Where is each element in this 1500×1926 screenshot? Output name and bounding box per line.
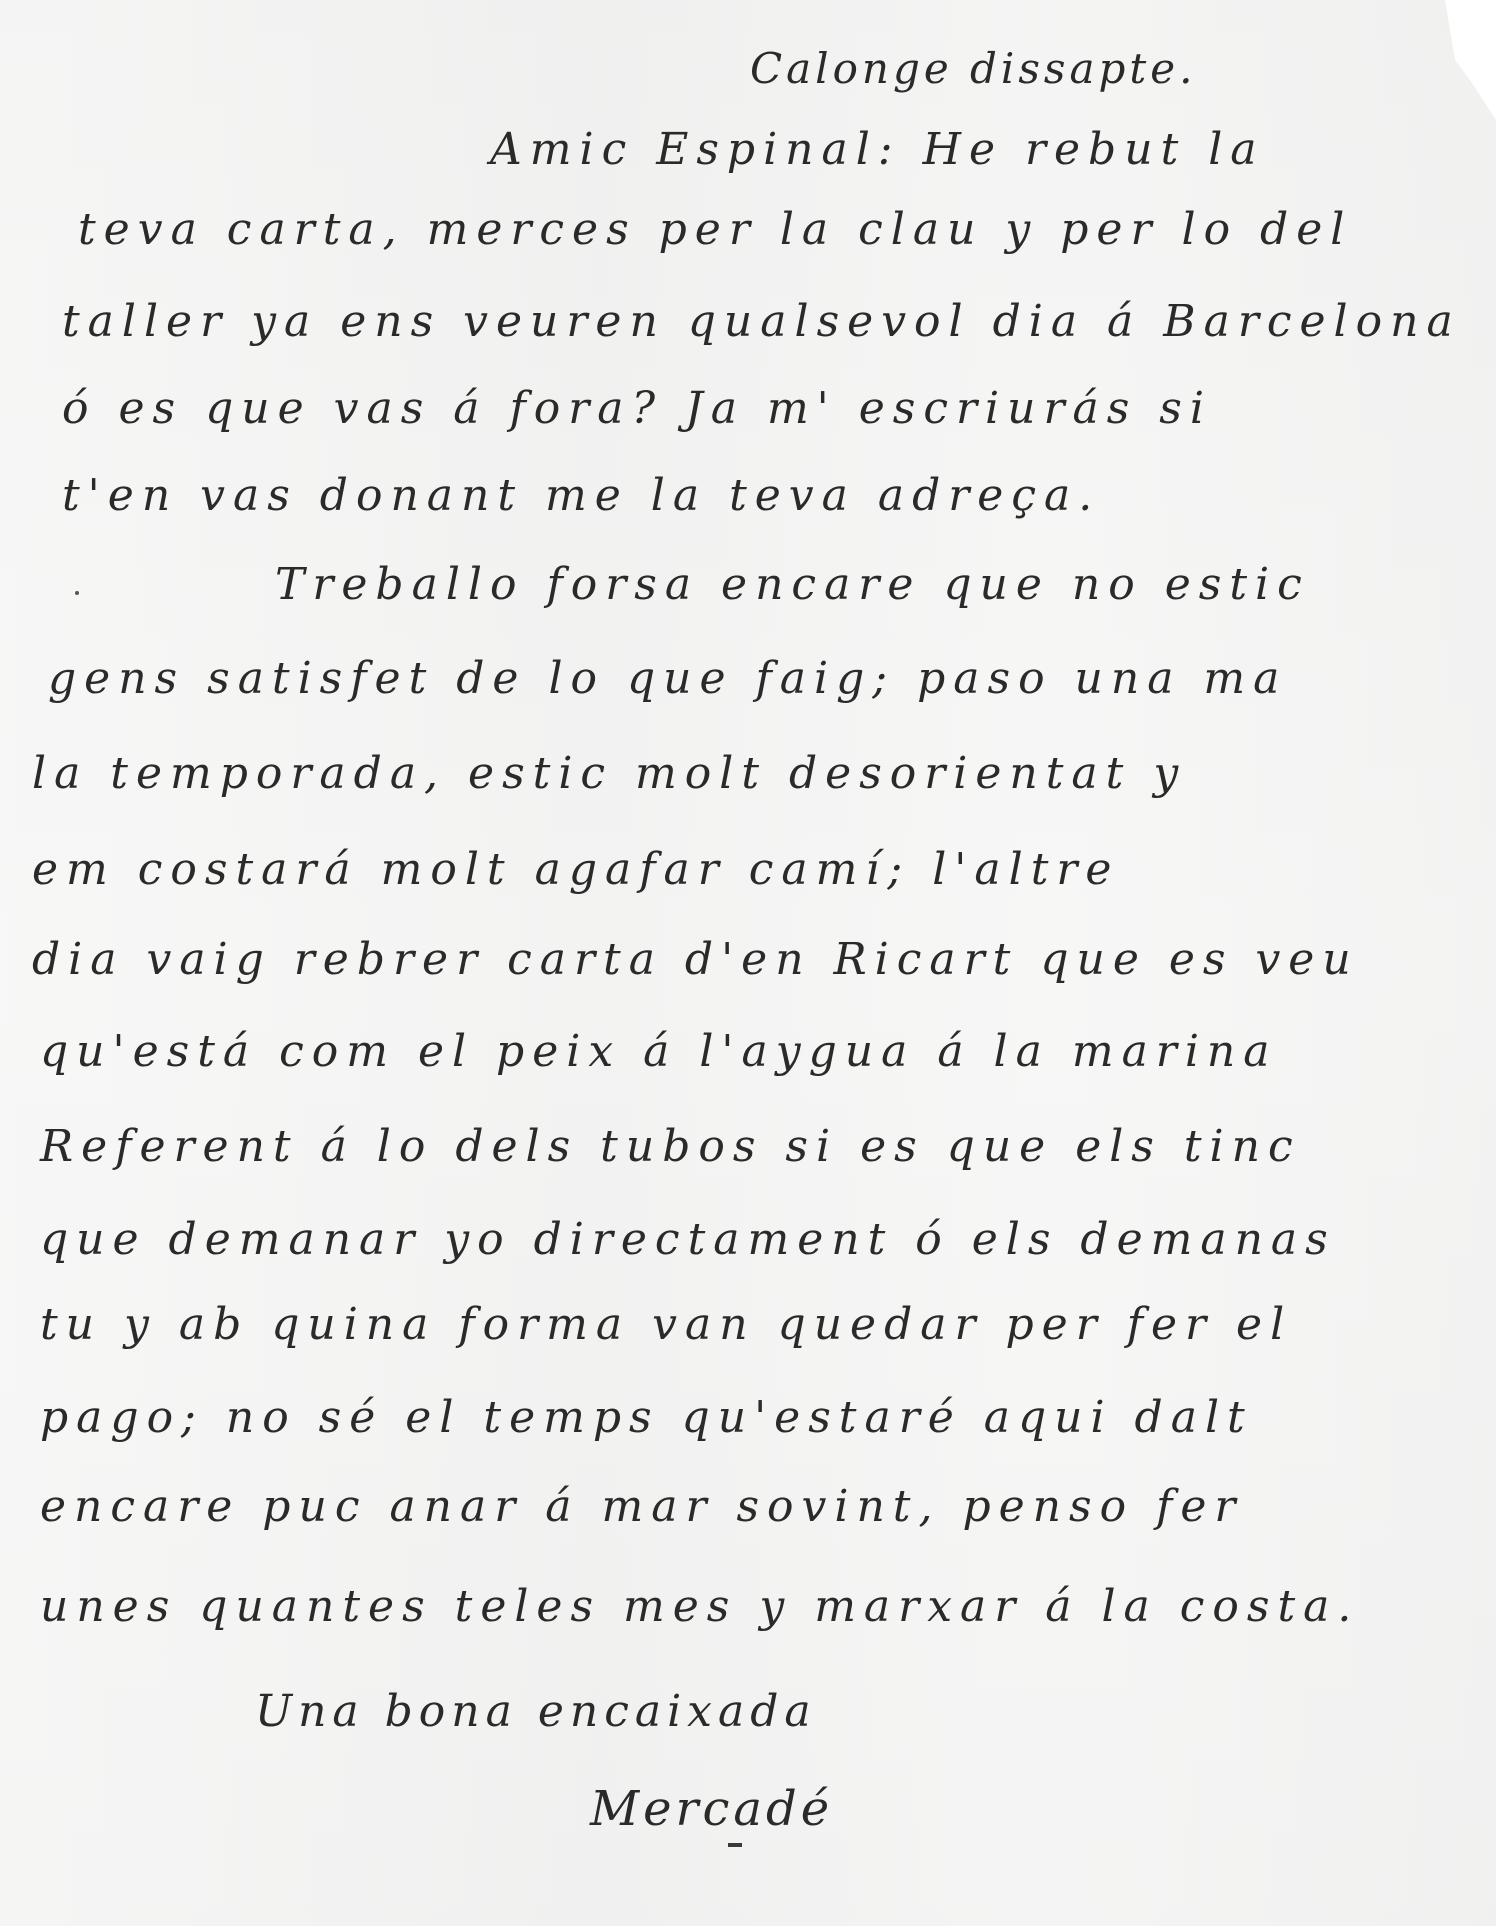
body-line: ó es que vas á fora? Ja m' escriurás si (62, 387, 1212, 431)
body-line: unes quantes teles mes y marxar á la cos… (40, 1585, 1359, 1629)
salutation: Amic Espinal: He rebut la (490, 128, 1265, 172)
body-line: gens satisfet de lo que faig; paso una m… (48, 657, 1287, 701)
body-line: em costará molt agafar camí; l'altre (32, 848, 1119, 892)
body-line: qu'está com el peix á l'aygua á la marin… (40, 1030, 1277, 1074)
body-line: pago; no sé el temps qu'estaré aqui dalt (40, 1396, 1253, 1440)
body-line: dia vaig rebrer carta d'en Ricart que es… (32, 938, 1359, 982)
body-line: t'en vas donant me la teva adreça. (62, 474, 1100, 518)
body-line: teva carta, merces per la clau y per lo … (78, 208, 1352, 252)
body-line: taller ya ens veuren qualsevol dia á Bar… (62, 300, 1461, 344)
body-line: la temporada, estic molt desorientat y (32, 752, 1186, 796)
closing: Una bona encaixada (255, 1690, 817, 1734)
body-line: tu y ab quina forma van quedar per fer e… (40, 1303, 1292, 1347)
body-line: encare puc anar á mar sovint, penso fer (40, 1485, 1243, 1529)
ink-dash (728, 1843, 742, 1847)
letter-paper: Calonge dissapte. Amic Espinal: He rebut… (0, 0, 1496, 1926)
body-line: que demanar yo directament ó els demanas (40, 1218, 1336, 1262)
ink-dot (75, 591, 79, 595)
place-date-heading: Calonge dissapte. (750, 48, 1196, 90)
body-line: Treballo forsa encare que no estic (275, 563, 1310, 607)
body-line: Referent á lo dels tubos si es que els t… (40, 1125, 1301, 1169)
signature: Mercadé (590, 1785, 833, 1833)
